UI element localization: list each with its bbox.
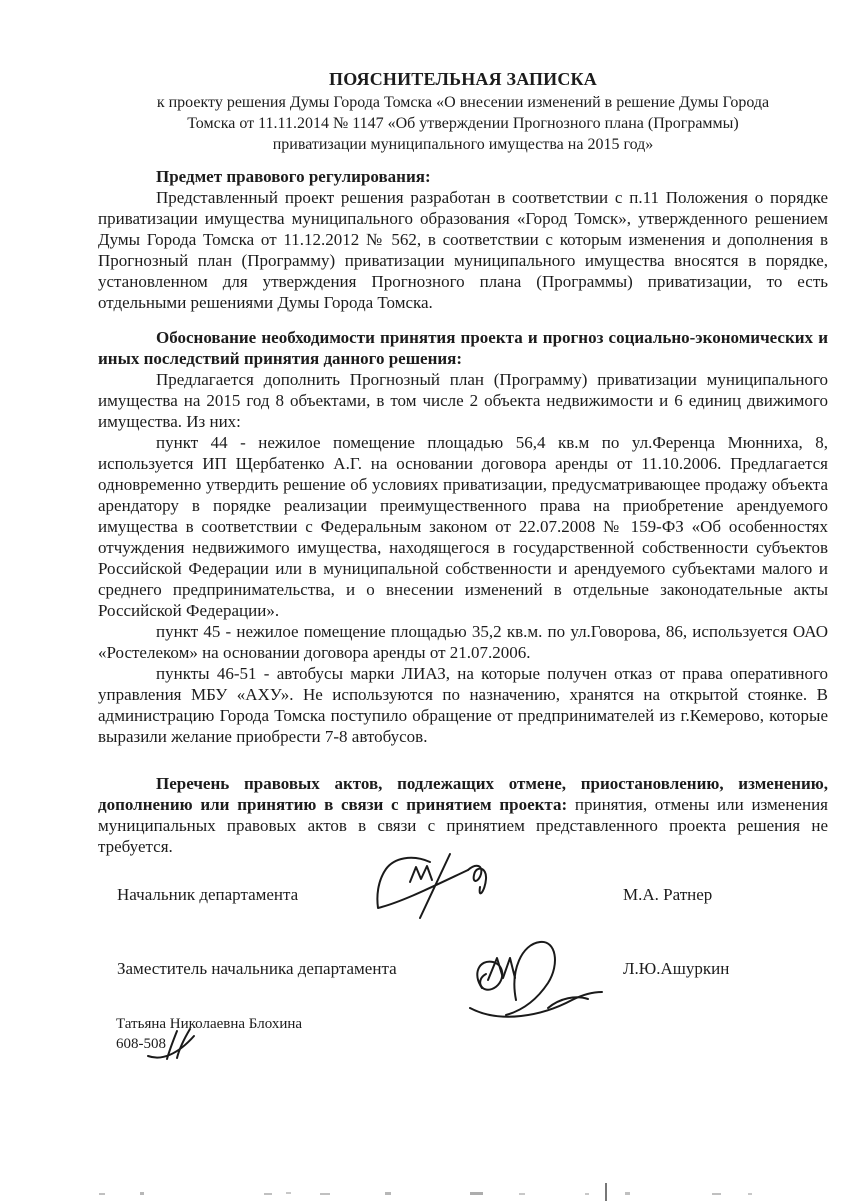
document-title: ПОЯСНИТЕЛЬНАЯ ЗАПИСКА [98,68,828,90]
signature2-position-label: Заместитель начальника департамента [117,958,397,979]
section-acts-paragraph: Перечень правовых актов, подлежащих отме… [98,773,828,857]
executor-paraph-signature-icon [146,1026,208,1064]
signature2-handwritten-signature-icon [452,936,607,1024]
executor-name: Татьяна Николаевна Блохина [116,1014,302,1034]
executor-block: Татьяна Николаевна Блохина 608-508 [116,1014,302,1054]
signature2-person-name: Л.Ю.Ашуркин [623,958,729,979]
signature1-person-name: М.А. Ратнер [623,884,712,905]
section-subject-paragraph: Представленный проект решения разработан… [98,187,828,313]
document-body: Предмет правового регулирования: Предста… [98,166,828,857]
signature1-handwritten-signature-icon [370,850,498,930]
justification-items46-51-paragraph: пункты 46-51 - автобусы марки ЛИАЗ, на к… [98,663,828,747]
signature1-position-label: Начальник департамента [117,884,298,905]
justification-item45-paragraph: пункт 45 - нежилое помещение площадью 35… [98,621,828,663]
document-header: ПОЯСНИТЕЛЬНАЯ ЗАПИСКА к проекту решения … [98,68,828,155]
justification-intro-paragraph: Предлагается дополнить Прогнозный план (… [98,369,828,432]
justification-item44-paragraph: пункт 44 - нежилое помещение площадью 56… [98,432,828,621]
section-subject-heading: Предмет правового регулирования: [98,166,828,187]
scanned-document-page: ПОЯСНИТЕЛЬНАЯ ЗАПИСКА к проекту решения … [0,0,850,1201]
document-subtitle: к проекту решения Думы Города Томска «О … [153,92,773,155]
executor-phone: 608-508 [116,1034,302,1054]
section-justification-heading: Обоснование необходимости принятия проек… [98,327,828,369]
